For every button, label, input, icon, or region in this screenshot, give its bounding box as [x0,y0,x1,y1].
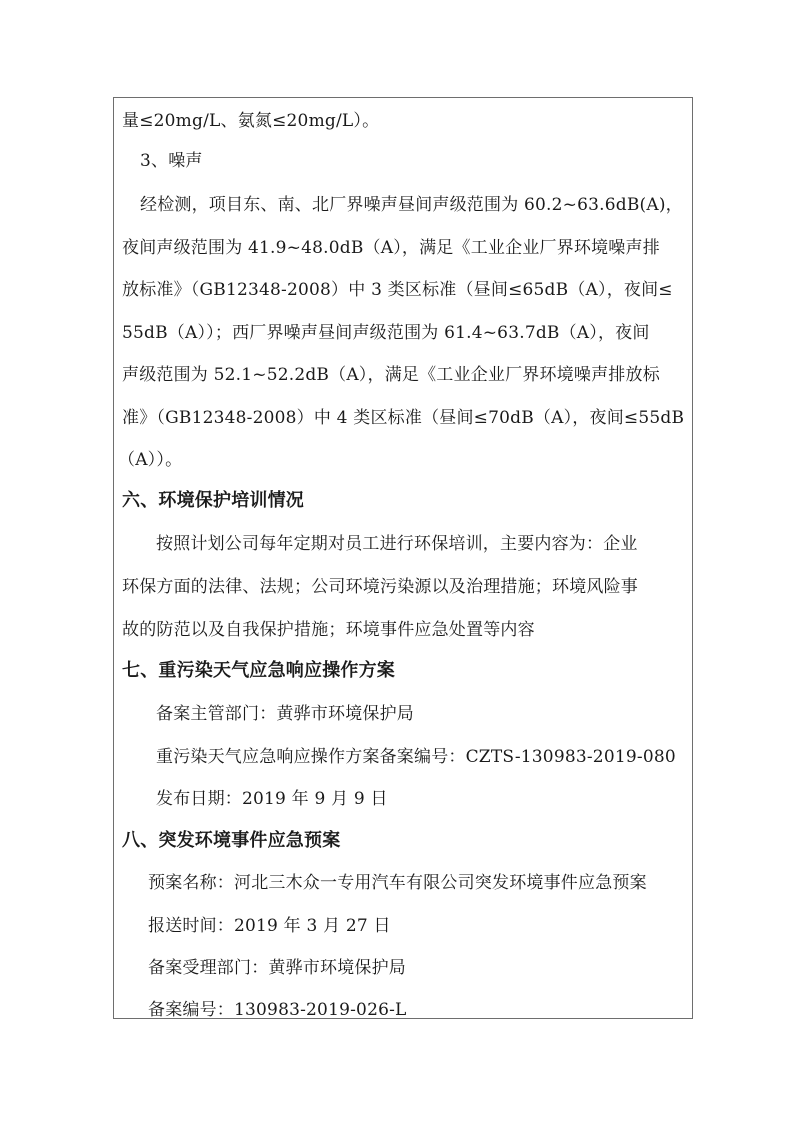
release-date-line: 发布日期：2019 年 9 月 9 日 [156,788,388,810]
accepting-department-line: 备案受理部门：黄骅市环境保护局 [148,957,406,979]
noise-subheading: 3、噪声 [140,150,203,172]
wastewater-limits-line: 量≤20mg/L、氨氮≤20mg/L）。 [122,110,379,132]
plan-filing-number-line: 备案编号：130983-2019-026-L [148,999,407,1021]
section-heading-heavy-pollution-plan: 七、重污染天气应急响应操作方案 [122,660,395,682]
noise-paragraph-line: 声级范围为 52.1~52.2dB（A），满足《工业企业厂界环境噪声排放标 [122,364,660,386]
section-heading-emergency-plan: 八、突发环境事件应急预案 [122,830,340,852]
noise-paragraph-line: 放标准》（GB12348-2008）中 3 类区标准（昼间≤65dB（A），夜间… [122,279,673,301]
document-frame: 量≤20mg/L、氨氮≤20mg/L）。 3、噪声 经检测，项目东、南、北厂界噪… [113,97,693,1019]
section-heading-training: 六、环境保护培训情况 [122,490,304,512]
filing-department-line: 备案主管部门：黄骅市环境保护局 [156,703,414,725]
noise-paragraph-line: 55dB（A））；西厂界噪声昼间声级范围为 61.4~63.7dB（A），夜间 [122,322,650,344]
filing-number-line: 重污染天气应急响应操作方案备案编号：CZTS-130983-2019-080 [156,746,676,768]
submission-date-line: 报送时间：2019 年 3 月 27 日 [148,915,391,937]
noise-paragraph-line: 经检测，项目东、南、北厂界噪声昼间声级范围为 60.2~63.6dB(A)， [140,194,683,216]
noise-paragraph-line: 准》（GB12348-2008）中 4 类区标准（昼间≤70dB（A），夜间≤5… [122,407,684,429]
training-paragraph-line: 环保方面的法律、法规；公司环境污染源以及治理措施；环境风险事 [122,576,638,598]
training-paragraph-line: 故的防范以及自我保护措施；环境事件应急处置等内容 [122,619,535,641]
plan-name-line: 预案名称：河北三木众一专用汽车有限公司突发环境事件应急预案 [148,872,647,894]
noise-paragraph-line: （A））。 [118,449,182,471]
noise-paragraph-line: 夜间声级范围为 41.9~48.0dB（A），满足《工业企业厂界环境噪声排 [122,237,660,259]
training-paragraph-line: 按照计划公司每年定期对员工进行环保培训，主要内容为：企业 [156,533,638,555]
